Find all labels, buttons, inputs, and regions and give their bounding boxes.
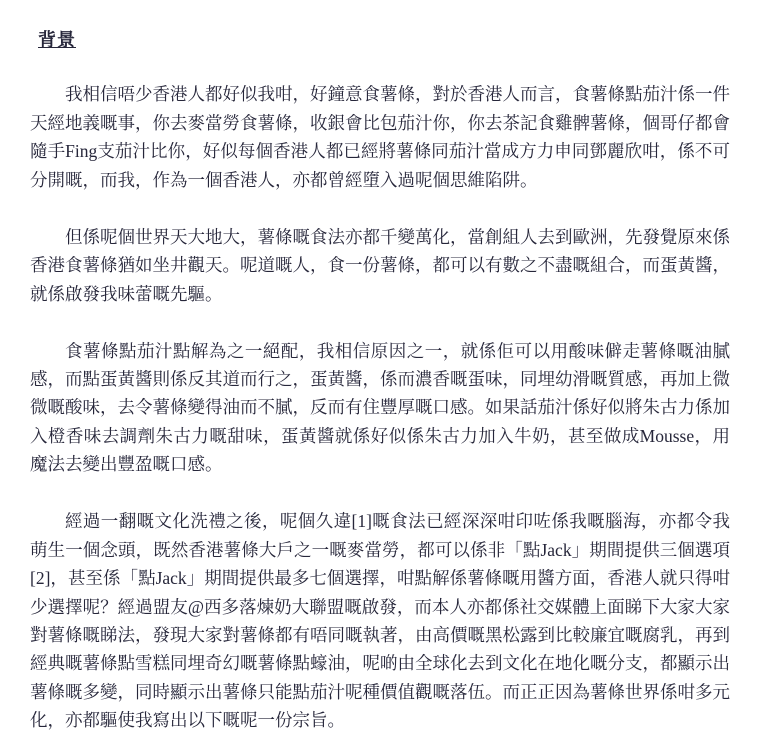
paragraph-4: 經過一翻嘅文化洗禮之後，呢個久違[1]嘅食法已經深深咁印咗係我嘅腦海，亦都令我萌… [30,507,730,735]
paragraph-1: 我相信唔少香港人都好似我咁，好鐘意食薯條，對於香港人而言，食薯條點茄汁係一件天經… [30,80,730,194]
document-page: 背景 我相信唔少香港人都好似我咁，好鐘意食薯條，對於香港人而言，食薯條點茄汁係一… [0,0,759,735]
paragraph-3: 食薯條點茄汁點解為之一絕配，我相信原因之一，就係佢可以用酸味僻走薯條嘅油膩感，而… [30,337,730,479]
section-heading: 背景 [38,26,730,54]
paragraph-2: 但係呢個世界天大地大，薯條嘅食法亦都千變萬化，當創組人去到歐洲，先發覺原來係香港… [30,223,730,308]
